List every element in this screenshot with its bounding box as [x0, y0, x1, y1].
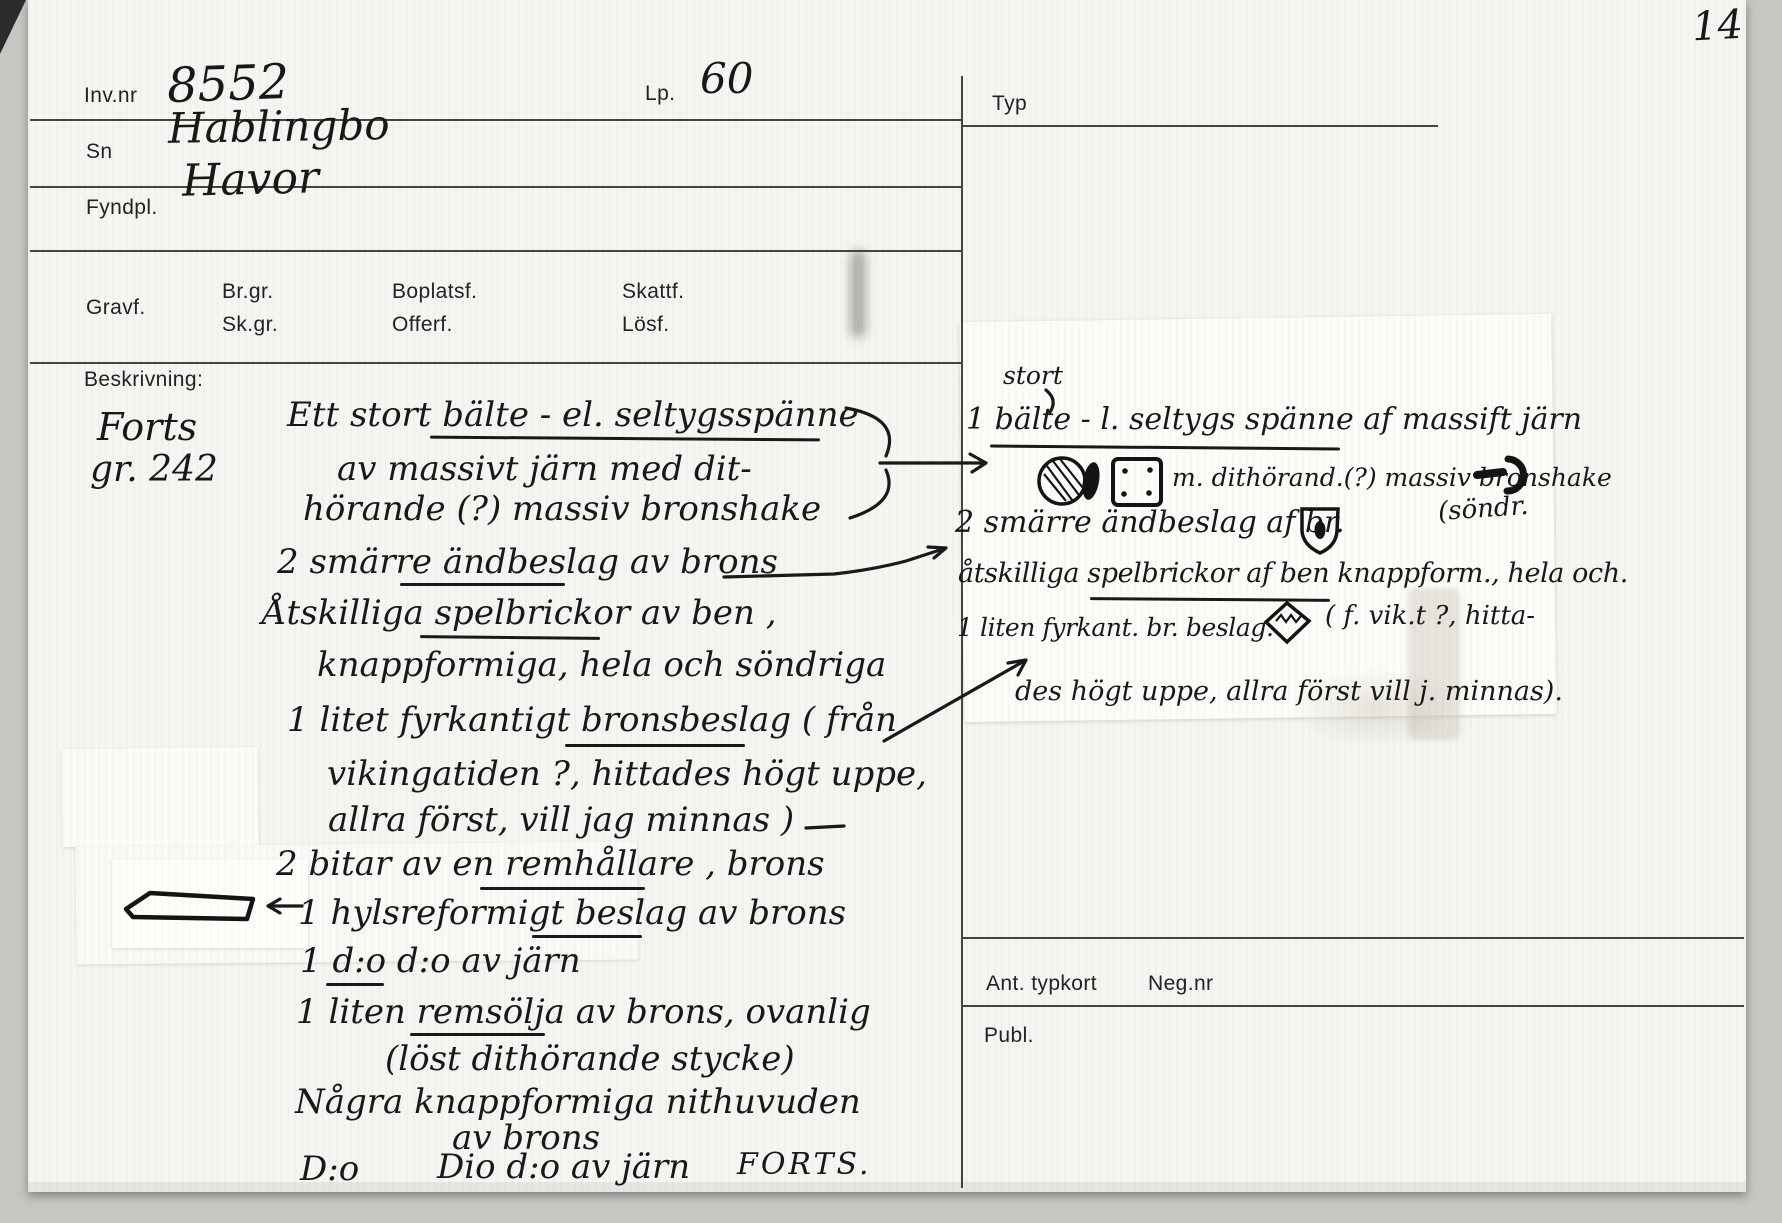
- rule-above-beskrivning: [30, 362, 961, 364]
- rule-under-fyndpl: [30, 250, 961, 252]
- rule-under-sn: [30, 186, 961, 188]
- description-line: allra först, vill jag minnas ): [328, 803, 794, 837]
- publ-label: Publ.: [984, 1024, 1034, 1048]
- description-line: Ett stort bälte - el. seltygsspänne: [287, 398, 859, 432]
- description-line: 1 liten remsölja av brons, ovanlig: [296, 995, 871, 1029]
- hand-underline: [565, 744, 745, 747]
- hand-underline: [532, 935, 642, 938]
- invnr-label: Inv.nr: [84, 84, 137, 108]
- description-line: (löst dithörande stycke): [385, 1042, 795, 1076]
- description-line: 2 bitar av en remhållare , brons: [276, 847, 825, 881]
- note-line: 1 liten fyrkant. br. beslag.: [957, 615, 1274, 640]
- hand-underline: [326, 983, 384, 986]
- margin-note-forts: Forts: [97, 408, 197, 446]
- typ-label: Typ: [992, 92, 1027, 116]
- gravf-label: Gravf.: [86, 296, 146, 320]
- rule-above-anttypkort: [961, 937, 1744, 939]
- page-number: 14: [1691, 5, 1744, 48]
- description-line: D:o: [300, 1152, 359, 1186]
- description-line: knappformiga, hela och söndriga: [317, 648, 886, 682]
- fyndpl-value: Havor: [181, 156, 319, 204]
- note-line-margin: ( f. vik.t ?, hitta-: [1325, 603, 1535, 629]
- note-line-margin: (söndr.: [1437, 493, 1529, 525]
- sn-label: Sn: [86, 140, 113, 164]
- description-line: 1 litet fyrkantigt bronsbeslag ( från: [287, 703, 897, 737]
- note-line: 1 bälte - l. seltygs spänne af massift j…: [966, 405, 1582, 435]
- note-line: des högt uppe, allra först vill j. minna…: [1015, 678, 1563, 705]
- rule-above-publ: [961, 1005, 1744, 1007]
- description-line: 1 hylsreformigt beslag av brons: [298, 896, 846, 930]
- skgr-label: Sk.gr.: [222, 313, 278, 337]
- note-line: m. dithörand.(?) massiv bronshake: [1172, 465, 1612, 490]
- card-bottom-shadow: [28, 1182, 1746, 1192]
- sn-value: Hablingbo: [168, 104, 390, 150]
- description-line: Dio d:o av järn: [437, 1150, 690, 1184]
- scanned-catalog-card-page: Inv.nr Lp. Typ Sn Fyndpl. Gravf. Br.gr. …: [0, 0, 1782, 1223]
- offerf-label: Offerf.: [392, 313, 453, 337]
- brgr-label: Br.gr.: [222, 280, 273, 304]
- hand-underline: [410, 1033, 545, 1036]
- beskrivning-label: Beskrivning:: [84, 368, 203, 392]
- ant-typkort-label: Ant. typkort: [986, 972, 1097, 996]
- note-line: 2 smärre ändbeslag af br.: [955, 508, 1345, 538]
- scan-corner-artifact: [0, 0, 26, 54]
- description-line: vikingatiden ?, hittades högt uppe,: [327, 757, 927, 791]
- hand-underline: [480, 887, 645, 890]
- note-line: åtskilliga spelbrickor af ben knappform.…: [958, 560, 1628, 587]
- negnr-label: Neg.nr: [1148, 972, 1213, 996]
- description-line: Några knappformiga nithuvuden: [295, 1085, 861, 1119]
- lp-label: Lp.: [645, 82, 675, 106]
- note-insert-word: stort: [1003, 363, 1063, 388]
- hand-underline: [400, 583, 565, 586]
- description-line: 1 d:o d:o av järn: [300, 944, 581, 978]
- description-line: Åtskilliga spelbrickor av ben ,: [262, 596, 777, 630]
- rule-under-typ: [961, 125, 1438, 127]
- lp-value: 60: [700, 58, 753, 100]
- fyndpl-label: Fyndpl.: [86, 196, 158, 220]
- description-line: hörande (?) massiv bronshake: [303, 492, 821, 526]
- margin-note-grave: gr. 242: [90, 452, 218, 488]
- losf-label: Lösf.: [622, 313, 670, 337]
- description-line: 2 smärre ändbeslag av brons: [277, 545, 778, 579]
- skattf-label: Skattf.: [622, 280, 684, 304]
- description-line: av massivt järn med dit-: [337, 452, 752, 486]
- forts-mark: FORTS.: [737, 1150, 872, 1180]
- boplatsf-label: Boplatsf.: [392, 280, 477, 304]
